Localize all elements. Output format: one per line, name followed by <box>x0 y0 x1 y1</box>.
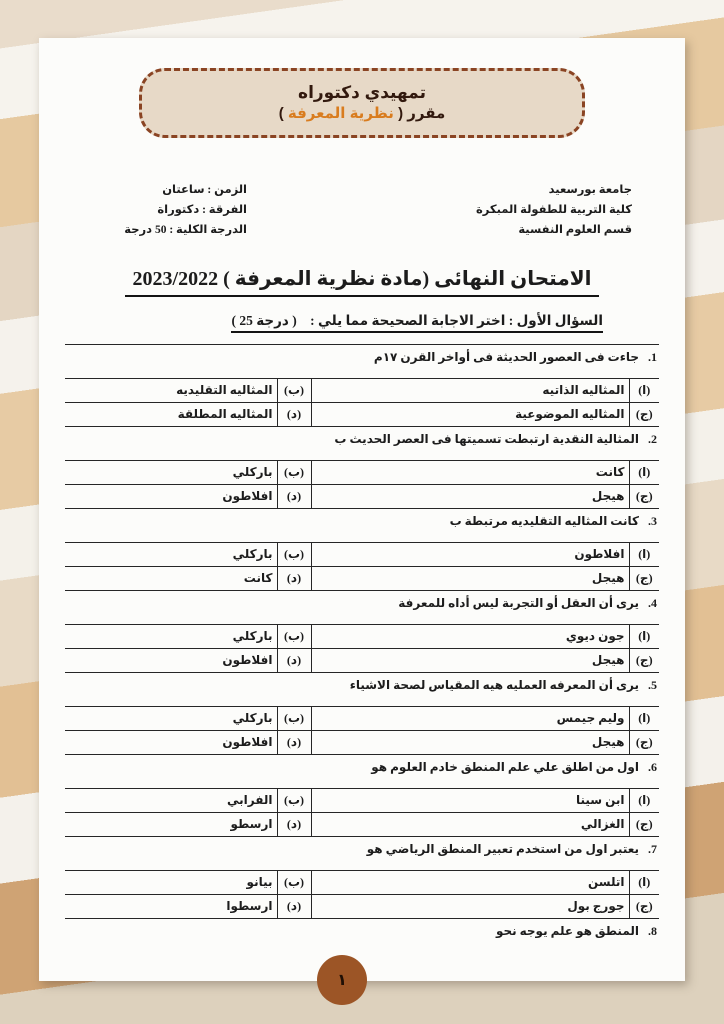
badge-course-name: نظرية المعرفة <box>288 105 394 122</box>
question-text: يرى أن المعرفه العمليه هيه المقياس لصحة … <box>350 678 639 692</box>
university-info-block: جامعة بورسعيد كلية التربية للطفولة المبك… <box>476 180 632 240</box>
badge-course-suffix: ) <box>279 105 284 122</box>
option-row: (ا) وليم جيمس (ب) باركلي <box>65 707 659 731</box>
option-label: (ب) <box>277 379 311 403</box>
option-label: (ا) <box>629 871 659 895</box>
question-text: يعتبر اول من استخدم تعبير المنطق الرياضي… <box>367 842 639 856</box>
option-label: (ب) <box>277 789 311 813</box>
option-text: بيانو <box>65 871 277 895</box>
option-text: اتلسن <box>311 871 629 895</box>
option-text: المثاليه الموضوعية <box>311 403 629 427</box>
page-number-badge: ١ <box>317 955 367 1005</box>
option-label: (ا) <box>629 543 659 567</box>
option-row: (ا) جون ديوي (ب) باركلي <box>65 625 659 649</box>
option-label: (ج) <box>629 567 659 591</box>
question-number: 2. <box>648 432 657 446</box>
option-text: ارسطو <box>65 813 277 837</box>
option-label: (ب) <box>277 461 311 485</box>
option-text: افلاطون <box>65 731 277 755</box>
option-text: باركلي <box>65 543 277 567</box>
option-label: (ج) <box>629 485 659 509</box>
option-text: افلاطون <box>65 649 277 673</box>
exam-title: الامتحان النهائى (مادة نظرية المعرفة ) 2… <box>125 266 600 297</box>
option-text: المثاليه الذاتيه <box>311 379 629 403</box>
option-text: ابن سينا <box>311 789 629 813</box>
option-row: (ج) هيجل (د) افلاطون <box>65 731 659 755</box>
section-heading-text: السؤال الأول : اختر الاجابة الصحيحة مما … <box>310 313 603 328</box>
option-text: كانت <box>311 461 629 485</box>
page-number: ١ <box>337 970 347 990</box>
option-row: (ا) كانت (ب) باركلي <box>65 461 659 485</box>
option-label: (ا) <box>629 625 659 649</box>
section-heading-wrap: السؤال الأول : اختر الاجابة الصحيحة مما … <box>65 312 603 333</box>
exam-total-grade: الدرجة الكلية : 50 درجة <box>95 220 247 240</box>
question-row: 3.كانت المثاليه التقليديه مرتبطة ب <box>65 509 659 543</box>
option-text: افلاطون <box>311 543 629 567</box>
option-label: (ا) <box>629 789 659 813</box>
exam-details-block: الزمن : ساعتان الفرقة : دكتوراة الدرجة ا… <box>95 180 247 240</box>
question-row: 6.اول من اطلق علي علم المنطق خادم العلوم… <box>65 755 659 789</box>
section-heading-marks: ( 25 درجة ) <box>231 313 296 329</box>
option-label: (د) <box>277 567 311 591</box>
option-text: الغزالي <box>311 813 629 837</box>
option-label: (ا) <box>629 461 659 485</box>
option-row: (ج) هيجل (د) كانت <box>65 567 659 591</box>
option-row: (ج) جورج بول (د) ارسطوا <box>65 895 659 919</box>
exam-level: الفرقة : دكتوراة <box>95 200 247 220</box>
question-number: 3. <box>648 514 657 528</box>
question-row: 5.يرى أن المعرفه العمليه هيه المقياس لصح… <box>65 673 659 707</box>
exam-page: تمهيدي دكتوراه مقرر ( نظرية المعرفة ) جا… <box>39 38 685 981</box>
question-row: 1.جاءت فى العصور الحديثة فى أواخر القرن … <box>65 345 659 379</box>
option-text: باركلي <box>65 461 277 485</box>
option-text: المثاليه التقليديه <box>65 379 277 403</box>
department-name: قسم العلوم النفسية <box>476 220 632 240</box>
badge-program-title: تمهيدي دكتوراه <box>298 82 426 104</box>
option-text: هيجل <box>311 485 629 509</box>
option-text: وليم جيمس <box>311 707 629 731</box>
faculty-name: كلية التربية للطفولة المبكرة <box>476 200 632 220</box>
option-row: (ج) الغزالي (د) ارسطو <box>65 813 659 837</box>
option-text: كانت <box>65 567 277 591</box>
option-label: (ج) <box>629 813 659 837</box>
option-label: (ج) <box>629 403 659 427</box>
option-text: باركلي <box>65 625 277 649</box>
option-row: (ا) المثاليه الذاتيه (ب) المثاليه التقلي… <box>65 379 659 403</box>
option-label: (ب) <box>277 543 311 567</box>
option-text: هيجل <box>311 567 629 591</box>
question-text: يرى أن العقل أو التجربة ليس أداه للمعرفة <box>398 596 639 610</box>
badge-course-line: مقرر ( نظرية المعرفة ) <box>279 104 446 124</box>
question-number: 5. <box>648 678 657 692</box>
question-text: المثالية النقدية ارتبطت تسميتها فى العصر… <box>334 432 639 446</box>
badge-course-prefix: مقرر ( <box>398 105 445 122</box>
option-row: (ا) اتلسن (ب) بيانو <box>65 871 659 895</box>
option-text: الفرابي <box>65 789 277 813</box>
option-text: جورج بول <box>311 895 629 919</box>
option-text: جون ديوي <box>311 625 629 649</box>
exam-duration: الزمن : ساعتان <box>95 180 247 200</box>
question-row: 4.يرى أن العقل أو التجربة ليس أداه للمعر… <box>65 591 659 625</box>
option-label: (د) <box>277 649 311 673</box>
question-text: المنطق هو علم يوجه نحو <box>496 924 639 938</box>
question-number: 8. <box>648 924 657 938</box>
exam-info-row: جامعة بورسعيد كلية التربية للطفولة المبك… <box>65 180 659 240</box>
option-label: (د) <box>277 403 311 427</box>
questions-table: 1.جاءت فى العصور الحديثة فى أواخر القرن … <box>65 344 659 952</box>
option-label: (د) <box>277 731 311 755</box>
option-label: (ب) <box>277 707 311 731</box>
option-text: باركلي <box>65 707 277 731</box>
option-label: (ج) <box>629 895 659 919</box>
question-row: 7.يعتبر اول من استخدم تعبير المنطق الريا… <box>65 837 659 871</box>
option-label: (ب) <box>277 871 311 895</box>
question-number: 7. <box>648 842 657 856</box>
option-label: (د) <box>277 813 311 837</box>
option-label: (ا) <box>629 707 659 731</box>
option-row: (ج) هيجل (د) افلاطون <box>65 485 659 509</box>
question-number: 1. <box>648 350 657 364</box>
option-row: (ج) هيجل (د) افلاطون <box>65 649 659 673</box>
option-text: افلاطون <box>65 485 277 509</box>
question-text: اول من اطلق علي علم المنطق خادم العلوم ه… <box>371 760 639 774</box>
option-text: المثاليه المطلقة <box>65 403 277 427</box>
option-label: (ب) <box>277 625 311 649</box>
question-text: كانت المثاليه التقليديه مرتبطة ب <box>450 514 639 528</box>
question-row: 2.المثالية النقدية ارتبطت تسميتها فى الع… <box>65 427 659 461</box>
option-row: (ا) ابن سينا (ب) الفرابي <box>65 789 659 813</box>
question-row: 8.المنطق هو علم يوجه نحو <box>65 919 659 953</box>
option-text: ارسطوا <box>65 895 277 919</box>
university-name: جامعة بورسعيد <box>476 180 632 200</box>
option-label: (ج) <box>629 649 659 673</box>
question-number: 6. <box>648 760 657 774</box>
option-label: (د) <box>277 895 311 919</box>
option-label: (د) <box>277 485 311 509</box>
exam-title-wrap: الامتحان النهائى (مادة نظرية المعرفة ) 2… <box>65 266 659 297</box>
option-label: (ج) <box>629 731 659 755</box>
option-text: هيجل <box>311 649 629 673</box>
option-row: (ج) المثاليه الموضوعية (د) المثاليه المط… <box>65 403 659 427</box>
question-number: 4. <box>648 596 657 610</box>
option-row: (ا) افلاطون (ب) باركلي <box>65 543 659 567</box>
course-badge: تمهيدي دكتوراه مقرر ( نظرية المعرفة ) <box>139 68 585 138</box>
question-text: جاءت فى العصور الحديثة فى أواخر القرن ١٧… <box>374 350 639 364</box>
section-heading: السؤال الأول : اختر الاجابة الصحيحة مما … <box>231 313 603 333</box>
option-text: هيجل <box>311 731 629 755</box>
option-label: (ا) <box>629 379 659 403</box>
